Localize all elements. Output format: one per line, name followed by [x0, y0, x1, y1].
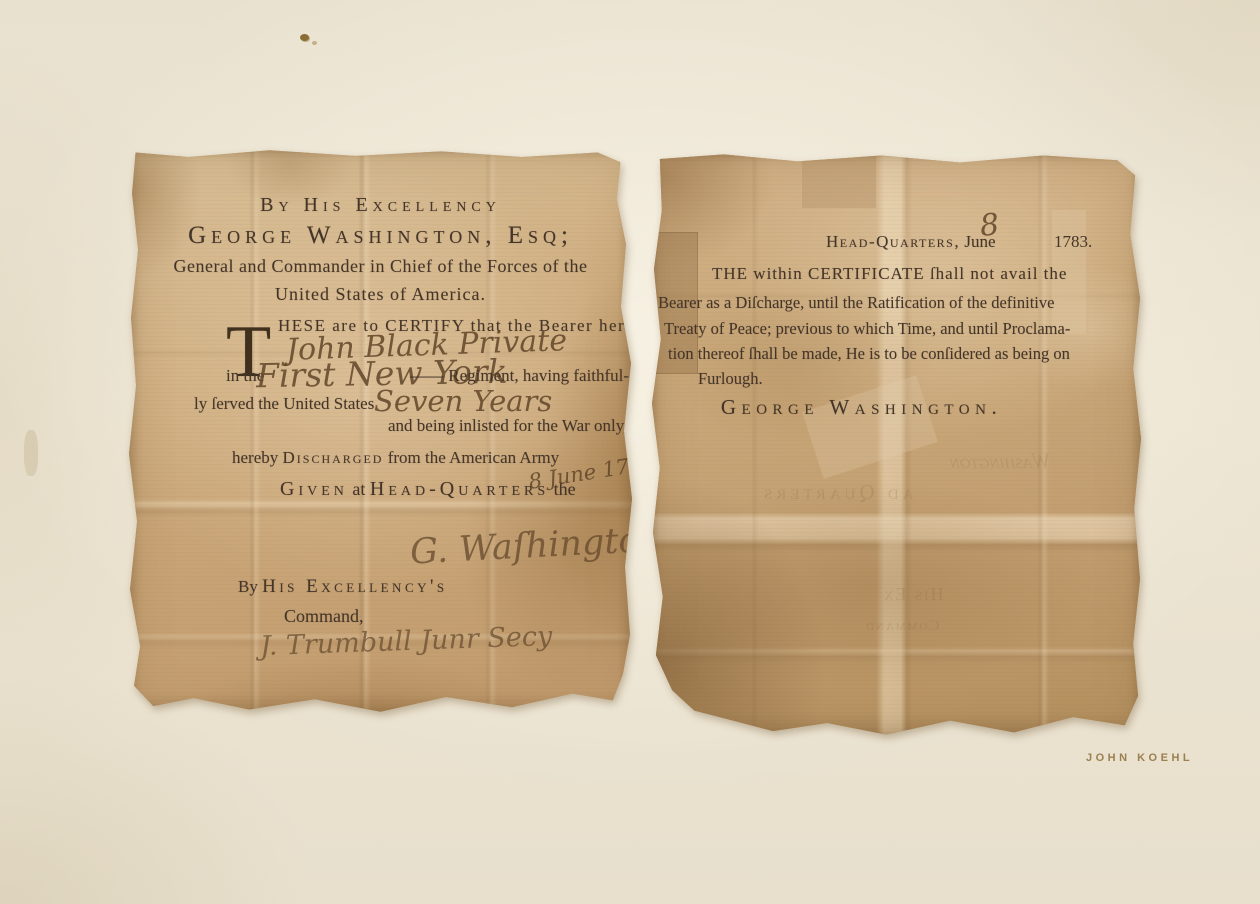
bleed-through-text: Command [864, 618, 939, 635]
washington-signature-handwritten: G. Waſhington [409, 519, 663, 572]
repair-patch [802, 375, 938, 479]
artist-signature: John Koehl [1086, 752, 1193, 764]
given-at: at [348, 479, 370, 499]
by-main: His Excellency's [262, 576, 448, 597]
right-certificate-sheet: ad Quarters Washington His Ex Command He… [650, 152, 1142, 737]
left-heading-united-states: United States of America. [128, 284, 633, 305]
ink-speck [300, 34, 309, 41]
artwork-canvas: By His Excellency George Washington, Esq… [0, 0, 1260, 904]
furlough-body-line: Bearer as a Diſcharge, until the Ratific… [658, 293, 1054, 313]
by-excellencys-line: By His Excellency's [238, 576, 448, 598]
service-years-handwritten: Seven Years [374, 384, 552, 418]
regiment-line: —— Regiment, having faithful- [410, 366, 629, 386]
discharged-line: hereby Discharged from the American Army [232, 448, 559, 468]
dateline-day-handwritten: 8 [978, 207, 1001, 244]
discharged-word: Discharged [283, 448, 384, 467]
bleed-through-text: ad Quarters [760, 480, 914, 505]
secretary-signature-handwritten: J. Trumbull Junr Secy [260, 621, 553, 662]
furlough-body-line: Treaty of Peace; previous to which Time,… [664, 319, 1070, 339]
served-line: ly ſerved the United States [194, 394, 374, 414]
discharged-post: from the American Army [383, 448, 559, 467]
by-pre: By [238, 577, 262, 596]
discharged-pre: hereby [232, 448, 283, 467]
command-line: Command, [284, 606, 364, 627]
left-heading-george-washington: George Washington, Esq; [128, 222, 633, 250]
left-heading-excellency: By His Excellency [128, 194, 633, 217]
ink-speck [312, 41, 317, 45]
furlough-body-line: THE within CERTIFICATE ſhall not avail t… [712, 264, 1067, 284]
left-heading-commander: General and Commander in Chief of the Fo… [128, 256, 633, 277]
inlisted-line: and being inlisted for the War only, is [388, 416, 643, 436]
bleed-through-text: Washington [950, 448, 1051, 474]
dateline-year: 1783. [1054, 232, 1092, 252]
dateline-headquarters: Head-Quarters, [826, 232, 960, 251]
washington-printed-signature: George Washington. [650, 395, 1073, 420]
furlough-body-line: tion thereof ſhall be made, He is to be … [668, 344, 1070, 364]
right-dateline: Head-Quarters, June [826, 232, 996, 252]
given-headquarters: Head-Quarters [370, 478, 549, 500]
repair-patch [802, 154, 876, 208]
bleed-through-text: His Ex [882, 584, 943, 605]
left-certificate-paper: By His Excellency George Washington, Esq… [128, 148, 633, 714]
left-certificate-sheet: By His Excellency George Washington, Esq… [128, 148, 633, 714]
furlough-body-line: Furlough. [698, 369, 763, 389]
right-certificate-paper: ad Quarters Washington His Ex Command He… [650, 152, 1142, 737]
background-smudge [24, 430, 38, 476]
given-word: Given [280, 478, 348, 500]
